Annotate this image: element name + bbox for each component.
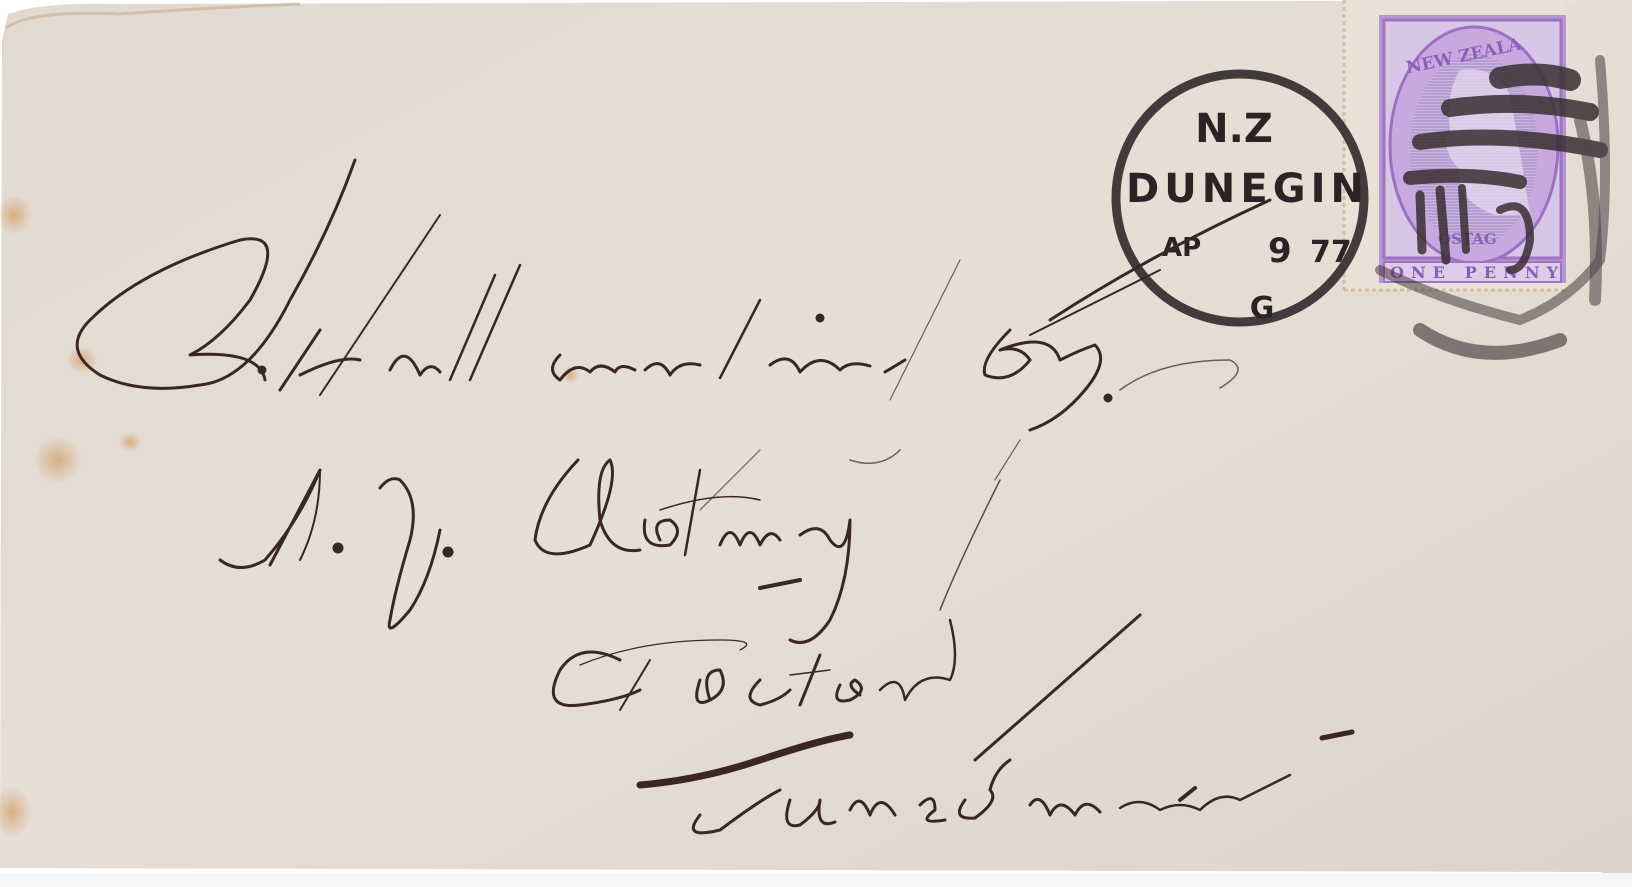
address-line1: B. Hallenstein Esq. (99, 325, 682, 395)
envelope-photo: NEW ZEALA OSTAG ONE PENNY N.Z DUNEGIN AP… (0, 0, 1632, 887)
postmark-line1: N.Z (1195, 106, 1273, 152)
stamp-value-text: ONE PENNY (1390, 263, 1559, 282)
bottom-white-margin (0, 873, 1632, 887)
postmark-code: G (1250, 291, 1275, 326)
address-line3: Factory (539, 650, 771, 720)
postmark-day: 9 (1268, 231, 1292, 271)
postmark-year: 77 (1310, 235, 1352, 270)
address-line4: Dunedin (649, 765, 907, 835)
address-line2: N. Z. Clothing (218, 505, 646, 575)
